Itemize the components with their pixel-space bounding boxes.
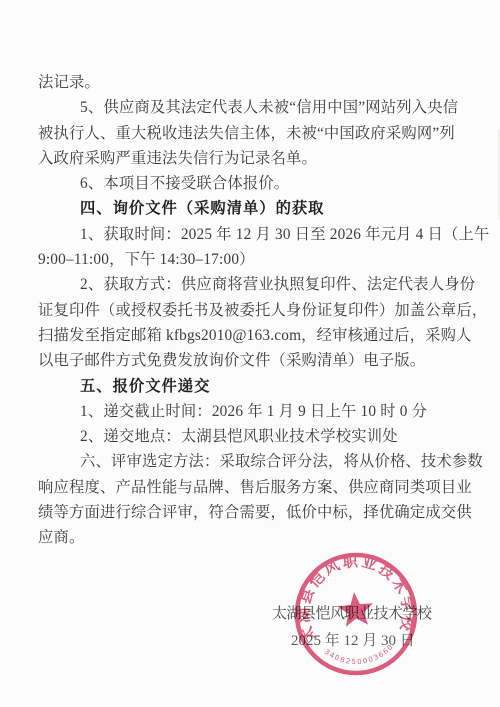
document-heading-line: 五、报价文件递交: [38, 374, 464, 399]
document-line: 1、获取时间：2025 年 12 月 30 日至 2026 年元月 4 日（上午: [38, 222, 464, 247]
document-line: 5、供应商及其法定代表人未被“信用中国”网站列入央信: [38, 95, 464, 120]
document-body: 法记录。5、供应商及其法定代表人未被“信用中国”网站列入央信被执行人、重大税收违…: [38, 70, 464, 551]
document-line: 扫描发至指定邮箱 kfbgs2010@163.com，经审核通过后，采购人: [38, 323, 464, 348]
document-line: 1、递交截止时间：2026 年 1 月 9 日上午 10 时 0 分: [38, 399, 464, 424]
document-line: 9:00–11:00，下午 14:30–17:00）: [38, 247, 464, 272]
document-line: 法记录。: [38, 70, 464, 95]
document-line: 2、获取方式：供应商将营业执照复印件、法定代表人身份: [38, 272, 464, 297]
document-line: 被执行人、重大税收违法失信主体，未被“中国政府采购网”列: [38, 121, 464, 146]
document-line: 以电子邮件方式免费发放询价文件（采购清单）电子版。: [38, 348, 464, 373]
document-line: 6、本项目不接受联合体报价。: [38, 171, 464, 196]
document-line: 绩等方面进行综合评审，符合需要，低价中标，择优确定成交供: [38, 500, 464, 525]
document-heading-line: 四、询价文件（采购清单）的获取: [38, 196, 464, 221]
scanned-document-page: 法记录。5、供应商及其法定代表人未被“信用中国”网站列入央信被执行人、重大税收违…: [0, 0, 500, 707]
document-line: 六、评审选定方法：采取综合评分法，将从价格、技术参数: [38, 449, 464, 474]
document-line: 2、递交地点：太湖县恺风职业技术学校实训处: [38, 424, 464, 449]
document-line: 入政府采购严重违法失信行为记录名单。: [38, 146, 464, 171]
seal-star-icon: [336, 591, 375, 628]
document-line: 证复印件（或授权委托书及被委托人身份证复印件）加盖公章后，: [38, 298, 464, 323]
document-line: 响应程度、产品性能与品牌、售后服务方案、供应商同类项目业: [38, 475, 464, 500]
official-seal: 太湖县恺风职业技术学校 3408250003660: [283, 541, 428, 686]
